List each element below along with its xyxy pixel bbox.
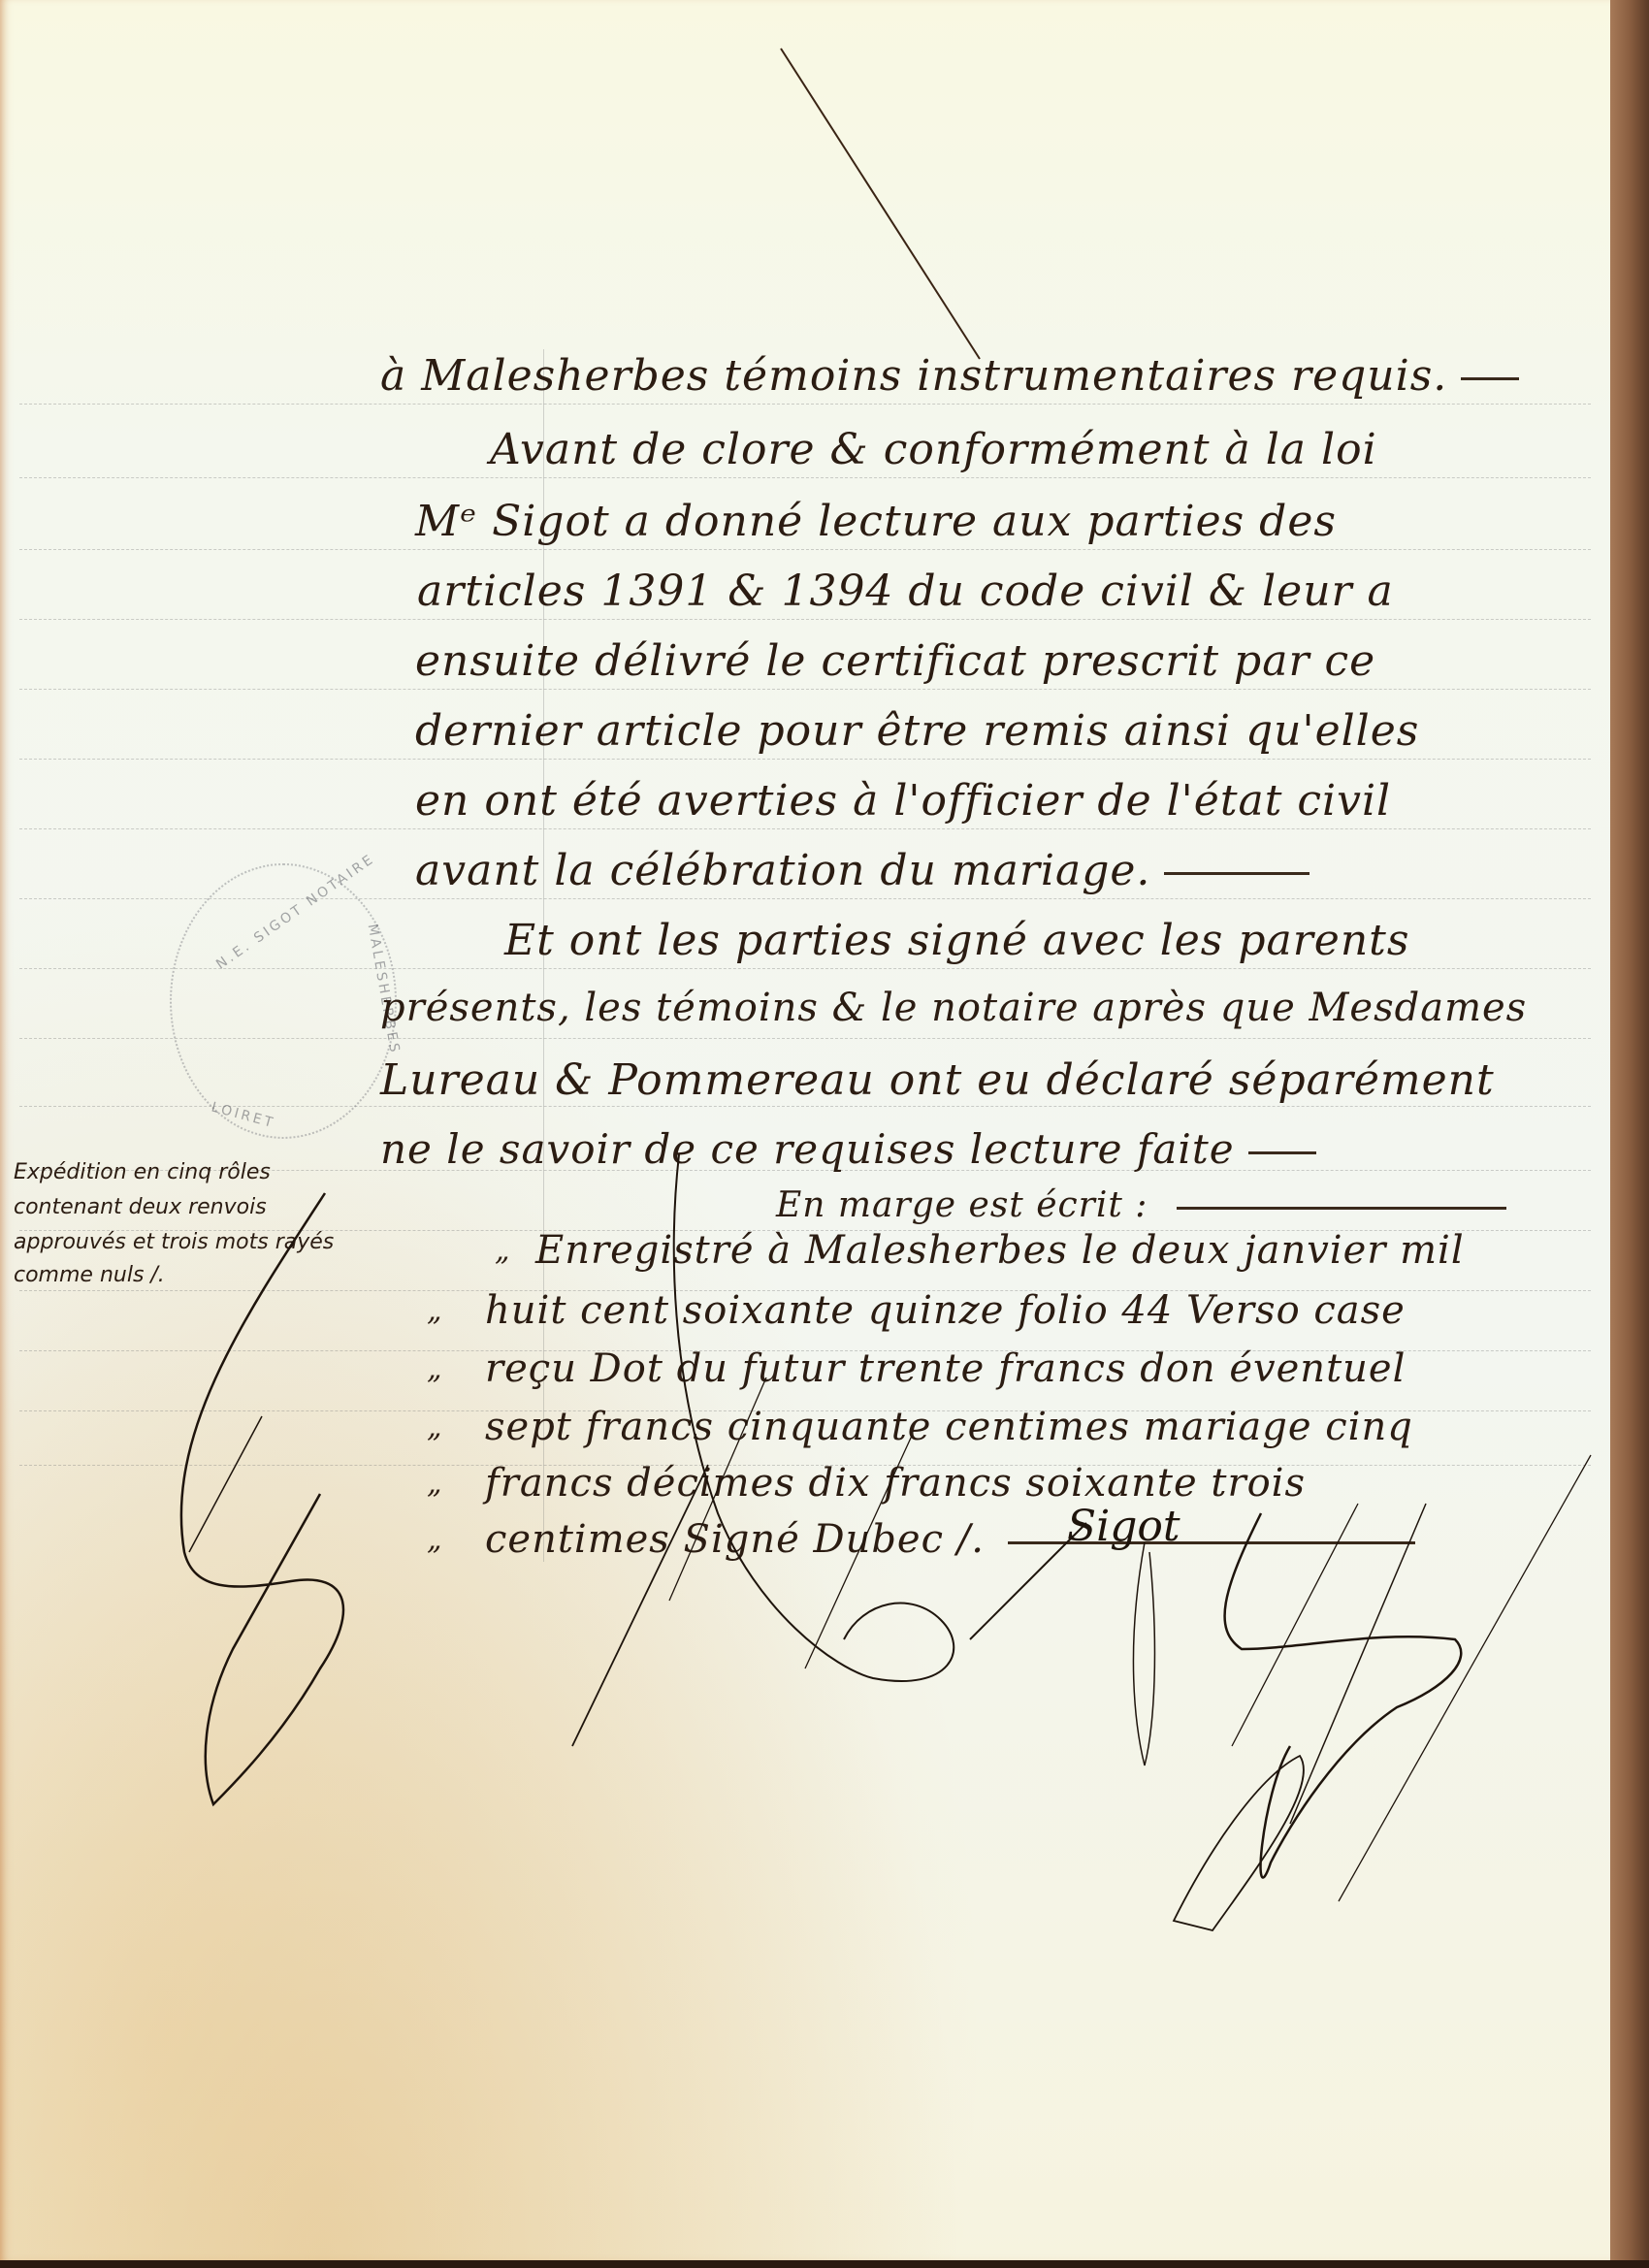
margin-note-line: Expédition en cinq rôles (14, 1160, 271, 1184)
line-filler-dash (1461, 377, 1519, 380)
registration-line: sept francs cinquante centimes mariage c… (485, 1405, 1413, 1449)
body-line-text: avant la célébration du mariage. (415, 846, 1150, 895)
line-filler-dash (1164, 872, 1309, 875)
body-line: dernier article pour être remis ainsi qu… (415, 706, 1419, 756)
notary-signature: Sigot (1067, 1502, 1180, 1551)
body-line: avant la célébration du mariage. (415, 846, 1309, 895)
body-line: présents, les témoins & le notaire après… (380, 986, 1527, 1030)
body-line-text: ne le savoir de ce requises lecture fait… (380, 1125, 1235, 1173)
registration-line: francs décimes dix francs soixante trois (485, 1461, 1306, 1506)
margin-note-line: contenant deux renvois (14, 1195, 267, 1219)
document-page: N.E. SIGOT NOTAIRE MALESHERBES LOIRET à … (0, 0, 1610, 2260)
page-bottom-edge (0, 2260, 1649, 2268)
body-line: Et ont les parties signé avec les parent… (504, 916, 1409, 965)
margin-heading-text: En marge est écrit : (776, 1185, 1148, 1225)
quote-mark: „ (495, 1234, 510, 1268)
line-filler-dash (1248, 1151, 1316, 1154)
quote-mark: „ (427, 1294, 442, 1328)
document-body: à Malesherbes témoins instrumentaires re… (0, 0, 1649, 2268)
body-line: Mᵉ Sigot a donné lecture aux parties des (415, 497, 1337, 546)
body-line: ne le savoir de ce requises lecture fait… (380, 1125, 1316, 1173)
book-spine (1610, 0, 1649, 2268)
registration-line: Enregistré à Malesherbes le deux janvier… (535, 1228, 1465, 1273)
margin-note-line: comme nuls /. (14, 1263, 165, 1287)
registration-line-text: centimes Signé Dubec /. (485, 1517, 985, 1562)
body-line: ensuite délivré le certificat prescrit p… (415, 636, 1375, 686)
quote-mark: „ (427, 1523, 442, 1557)
registration-line: reçu Dot du futur trente francs don éven… (485, 1346, 1406, 1391)
margin-note-line: approuvés et trois mots rayés (14, 1230, 334, 1254)
registration-line: centimes Signé Dubec /. (485, 1517, 1415, 1562)
body-line: à Malesherbes témoins instrumentaires re… (380, 351, 1519, 401)
quote-mark: „ (427, 1410, 442, 1444)
line-filler-dash (1177, 1207, 1506, 1210)
body-line: en ont été averties à l'officier de l'ét… (415, 776, 1391, 826)
body-line: Avant de clore & conformément à la loi (490, 425, 1377, 474)
margin-heading: En marge est écrit : (776, 1185, 1506, 1225)
body-line: articles 1391 & 1394 du code civil & leu… (417, 567, 1394, 616)
quote-mark: „ (427, 1352, 442, 1386)
body-line: Lureau & Pommereau ont eu déclaré séparé… (380, 1055, 1495, 1105)
body-line-text: à Malesherbes témoins instrumentaires re… (380, 351, 1447, 401)
quote-mark: „ (427, 1467, 442, 1501)
registration-line: huit cent soixante quinze folio 44 Verso… (485, 1288, 1406, 1333)
